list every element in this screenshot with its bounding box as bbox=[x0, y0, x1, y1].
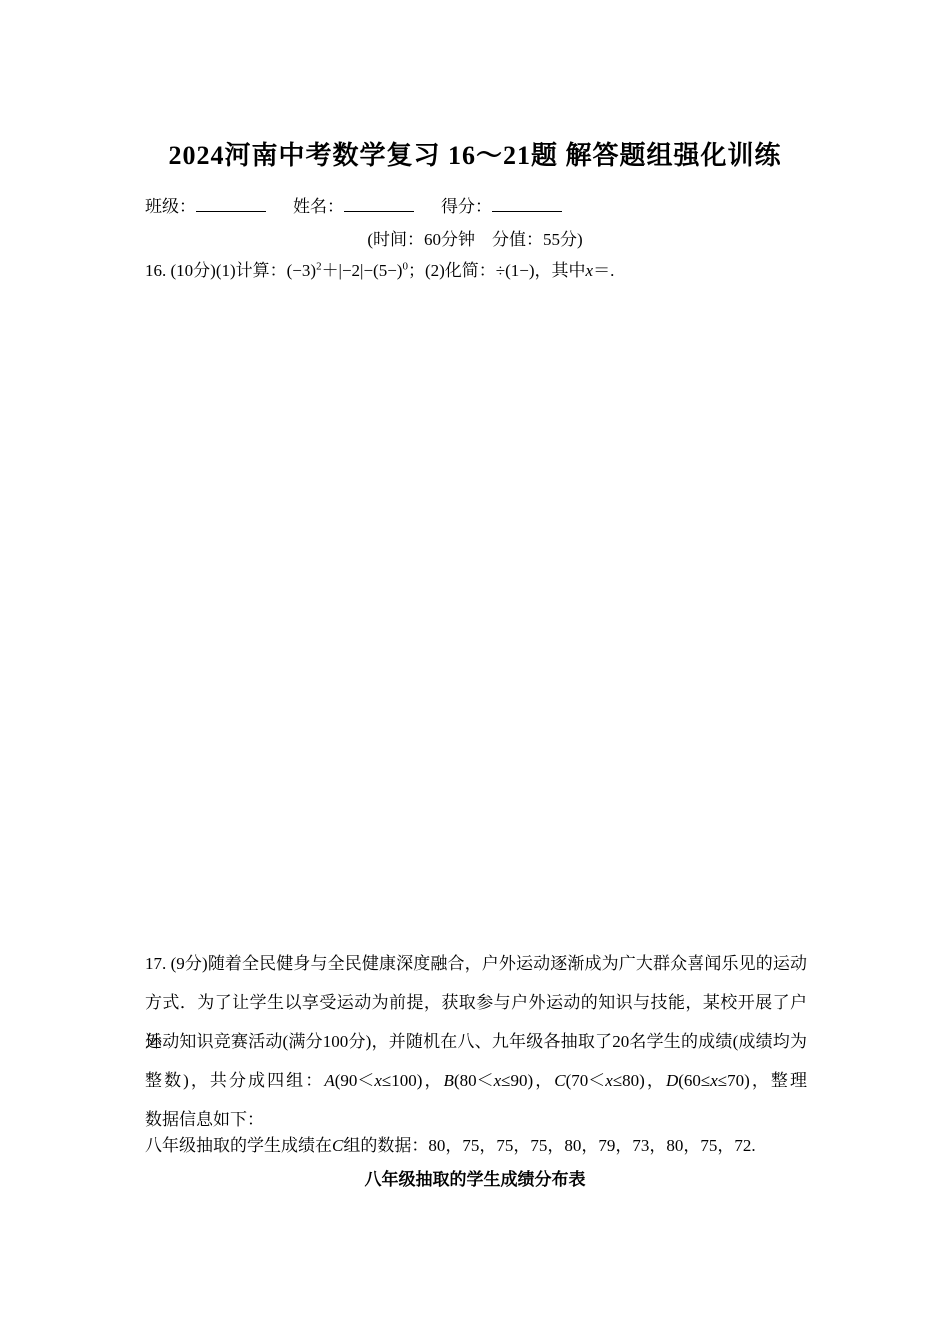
document-title: 2024河南中考数学复习 16～21题 解答题组强化训练 bbox=[0, 135, 950, 172]
q17-group-a-label: A bbox=[324, 1071, 334, 1090]
grade8-score-table-caption: 八年级抽取的学生成绩分布表 bbox=[0, 1167, 950, 1193]
question-17-paragraph: 17. (9分)随着全民健身与全民健康深度融合，户外运动逐渐成为广大群众喜闻乐见… bbox=[145, 944, 807, 1139]
q17-line4-segment: (60≤ bbox=[678, 1071, 710, 1090]
exam-meta-line: (时间：60分钟 分值：55分) bbox=[0, 228, 950, 252]
name-blank-line bbox=[344, 194, 414, 212]
q17-line4-segment: ≤90)， bbox=[501, 1071, 554, 1090]
q16-segment-3: ；(2)化简：÷(1−)，其中 bbox=[408, 261, 586, 280]
name-label: 姓名： bbox=[293, 197, 344, 216]
q17-math-var-x: x bbox=[710, 1071, 718, 1090]
q16-segment-4: ＝. bbox=[593, 261, 614, 280]
q17-line-4: 整数)，共分成四组：A(90＜x≤100)，B(80＜x≤90)，C(70＜x≤… bbox=[145, 1061, 807, 1100]
q17-line6-segment: 八年级抽取的学生成绩在 bbox=[145, 1136, 332, 1155]
q17-line4-segment: (70＜ bbox=[566, 1071, 606, 1090]
score-label: 得分： bbox=[441, 197, 492, 216]
question-16-text: 16. (10分)(1)计算：(−3)2＋|−2|−(5−)0；(2)化简：÷(… bbox=[145, 258, 835, 284]
q17-group-c-label: C bbox=[554, 1071, 565, 1090]
q17-line6-segment: 组的数据：80，75，75，75，80，79，73，80，75，72. bbox=[343, 1136, 755, 1155]
q16-segment-2: ＋|−2|−(5−) bbox=[322, 261, 403, 280]
q17-group-c-label: C bbox=[332, 1136, 343, 1155]
q17-group-d-label: D bbox=[666, 1071, 678, 1090]
q16-math-var-x: x bbox=[586, 261, 594, 280]
q17-line-1: 17. (9分)随着全民健身与全民健康深度融合，户外运动逐渐成为广大群众喜闻乐见… bbox=[145, 944, 807, 983]
q17-group-b-label: B bbox=[444, 1071, 454, 1090]
q17-line4-segment: ≤70)，整理 bbox=[718, 1071, 807, 1090]
q17-math-var-x: x bbox=[605, 1071, 613, 1090]
exam-page: 2024河南中考数学复习 16～21题 解答题组强化训练 班级：姓名：得分： (… bbox=[0, 0, 950, 1344]
q17-line4-segment: 整数)，共分成四组： bbox=[145, 1071, 324, 1090]
class-label: 班级： bbox=[145, 197, 196, 216]
q17-line4-segment: (90＜ bbox=[335, 1071, 375, 1090]
q17-math-var-x: x bbox=[374, 1071, 382, 1090]
q17-line4-segment: ≤100)， bbox=[382, 1071, 444, 1090]
q17-line-3: 运动知识竞赛活动(满分100分)，并随机在八、九年级各抽取了20名学生的成绩(成… bbox=[145, 1022, 807, 1061]
q17-line4-segment: (80＜ bbox=[454, 1071, 494, 1090]
class-blank-line bbox=[196, 194, 266, 212]
q16-segment-1: 16. (10分)(1)计算：(−3) bbox=[145, 261, 316, 280]
student-info-row: 班级：姓名：得分： bbox=[145, 194, 562, 219]
q17-grade8-group-c-data-line: 八年级抽取的学生成绩在C组的数据：80，75，75，75，80，79，73，80… bbox=[145, 1133, 835, 1159]
q17-line4-segment: ≤80)， bbox=[613, 1071, 666, 1090]
q17-line-2: 方式．为了让学生以享受运动为前提，获取参与户外运动的知识与技能，某校开展了户外 bbox=[145, 983, 807, 1022]
score-blank-line bbox=[492, 194, 562, 212]
